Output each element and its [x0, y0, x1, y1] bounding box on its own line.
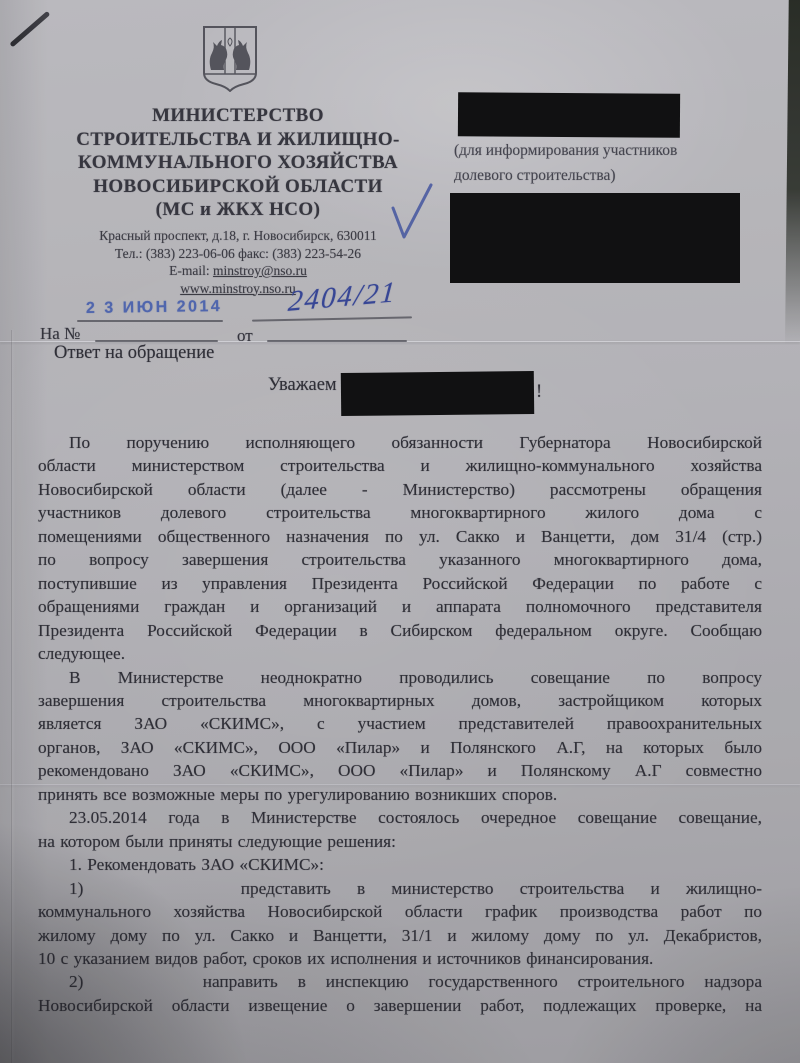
ministry-abbreviation: (МС и ЖКХ НСО) — [44, 198, 432, 222]
body-line: следующее. — [38, 642, 762, 665]
body-line: по вопросу завершения строительства указ… — [38, 548, 762, 571]
body-line: органов, ЗАО «СКИМС», ООО «Пилар» и Поля… — [38, 736, 762, 759]
email-address: minstroy@nso.ru — [213, 263, 307, 278]
ministry-name-line: СТРОИТЕЛЬСТВА И ЖИЛИЩНО- — [44, 128, 432, 152]
ministry-name: МИНИСТЕРСТВО СТРОИТЕЛЬСТВА И ЖИЛИЩНО- КО… — [44, 104, 432, 222]
body-line: Новосибирской области (далее - Министерс… — [38, 478, 762, 501]
ministry-name-line: МИНИСТЕРСТВО — [44, 104, 432, 128]
body-line: В Министерстве неоднократно проводились … — [38, 666, 762, 689]
salutation-prefix: Уважаем — [268, 375, 337, 396]
body-line: помещениями общественного назначения по … — [38, 525, 762, 548]
body-line: поступившие из управления Президента Рос… — [38, 572, 762, 595]
body-line: жилому дому по ул. Сакко и Ванцетти, 31/… — [38, 924, 762, 947]
body-line: 2) направить в инспекцию государственног… — [38, 970, 762, 993]
body-line: области министерством строительства и жи… — [38, 454, 762, 477]
phone-line: Тел.: (383) 223-06-06 факс: (383) 223-54… — [44, 245, 432, 263]
redaction-box-name — [341, 371, 534, 416]
body-line: По поручению исполняющего обязанности Гу… — [38, 431, 762, 454]
date-underline — [77, 320, 223, 322]
recipient-annotation: (для информирования участников долевого … — [454, 138, 764, 188]
body-line: обращениями граждан и организаций и аппа… — [38, 595, 762, 618]
body-line: принять все возможные меры по урегулиров… — [38, 783, 762, 806]
body-line: участников долевого строительства многок… — [38, 501, 762, 524]
reference-number-label: На № — [40, 324, 80, 344]
body-line: 23.05.2014 года в Министерстве состоялос… — [38, 806, 762, 829]
coat-of-arms-icon — [201, 24, 259, 92]
body-line: Новосибирской области извещение о заверш… — [38, 994, 762, 1017]
body-line: является ЗАО «СКИМС», с участием предста… — [38, 712, 762, 735]
date-stamp: 2 3 ИЮН 2014 — [86, 298, 223, 318]
annotation-line: (для информирования участников — [454, 138, 764, 163]
body-line: 1) представить в министерство строительс… — [38, 877, 762, 900]
reference-date-blank — [267, 340, 407, 342]
letter-body: По поручению исполняющего обязанности Гу… — [38, 431, 762, 1017]
ministry-name-line: НОВОСИБИРСКОЙ ОБЛАСТИ — [44, 175, 432, 199]
body-line: на котором были приняты следующие решени… — [38, 830, 762, 853]
body-line: рекомендовано ЗАО «СКИМС», ООО «Пилар» и… — [38, 759, 762, 782]
checkmark-handwritten — [386, 178, 438, 246]
annotation-line: долевого строительства) — [454, 163, 764, 188]
body-line: завершения строительства многоквартирных… — [38, 689, 762, 712]
subject-line: Ответ на обращение — [54, 343, 214, 364]
ministry-name-line: КОММУНАЛЬНОГО ХОЗЯЙСТВА — [44, 151, 432, 175]
body-line: Президента Российской Федерации в Сибирс… — [38, 619, 762, 642]
reference-date-label: от — [237, 326, 253, 346]
reference-number-blank — [95, 340, 218, 342]
body-line: коммунального хозяйства Новосибирской об… — [38, 900, 762, 923]
email-line: E-mail: minstroy@nso.ru — [44, 262, 432, 280]
salutation-suffix: ! — [536, 382, 542, 403]
body-line: 10 с указанием видов работ, сроков их ис… — [38, 947, 762, 970]
redaction-box-recipient — [458, 92, 680, 138]
address-line: Красный проспект, д.18, г. Новосибирск, … — [44, 227, 432, 245]
paper-crease — [11, 330, 12, 1063]
body-line: 1. Рекомендовать ЗАО «СКИМС»: — [38, 853, 762, 876]
redaction-box-address — [450, 193, 740, 283]
